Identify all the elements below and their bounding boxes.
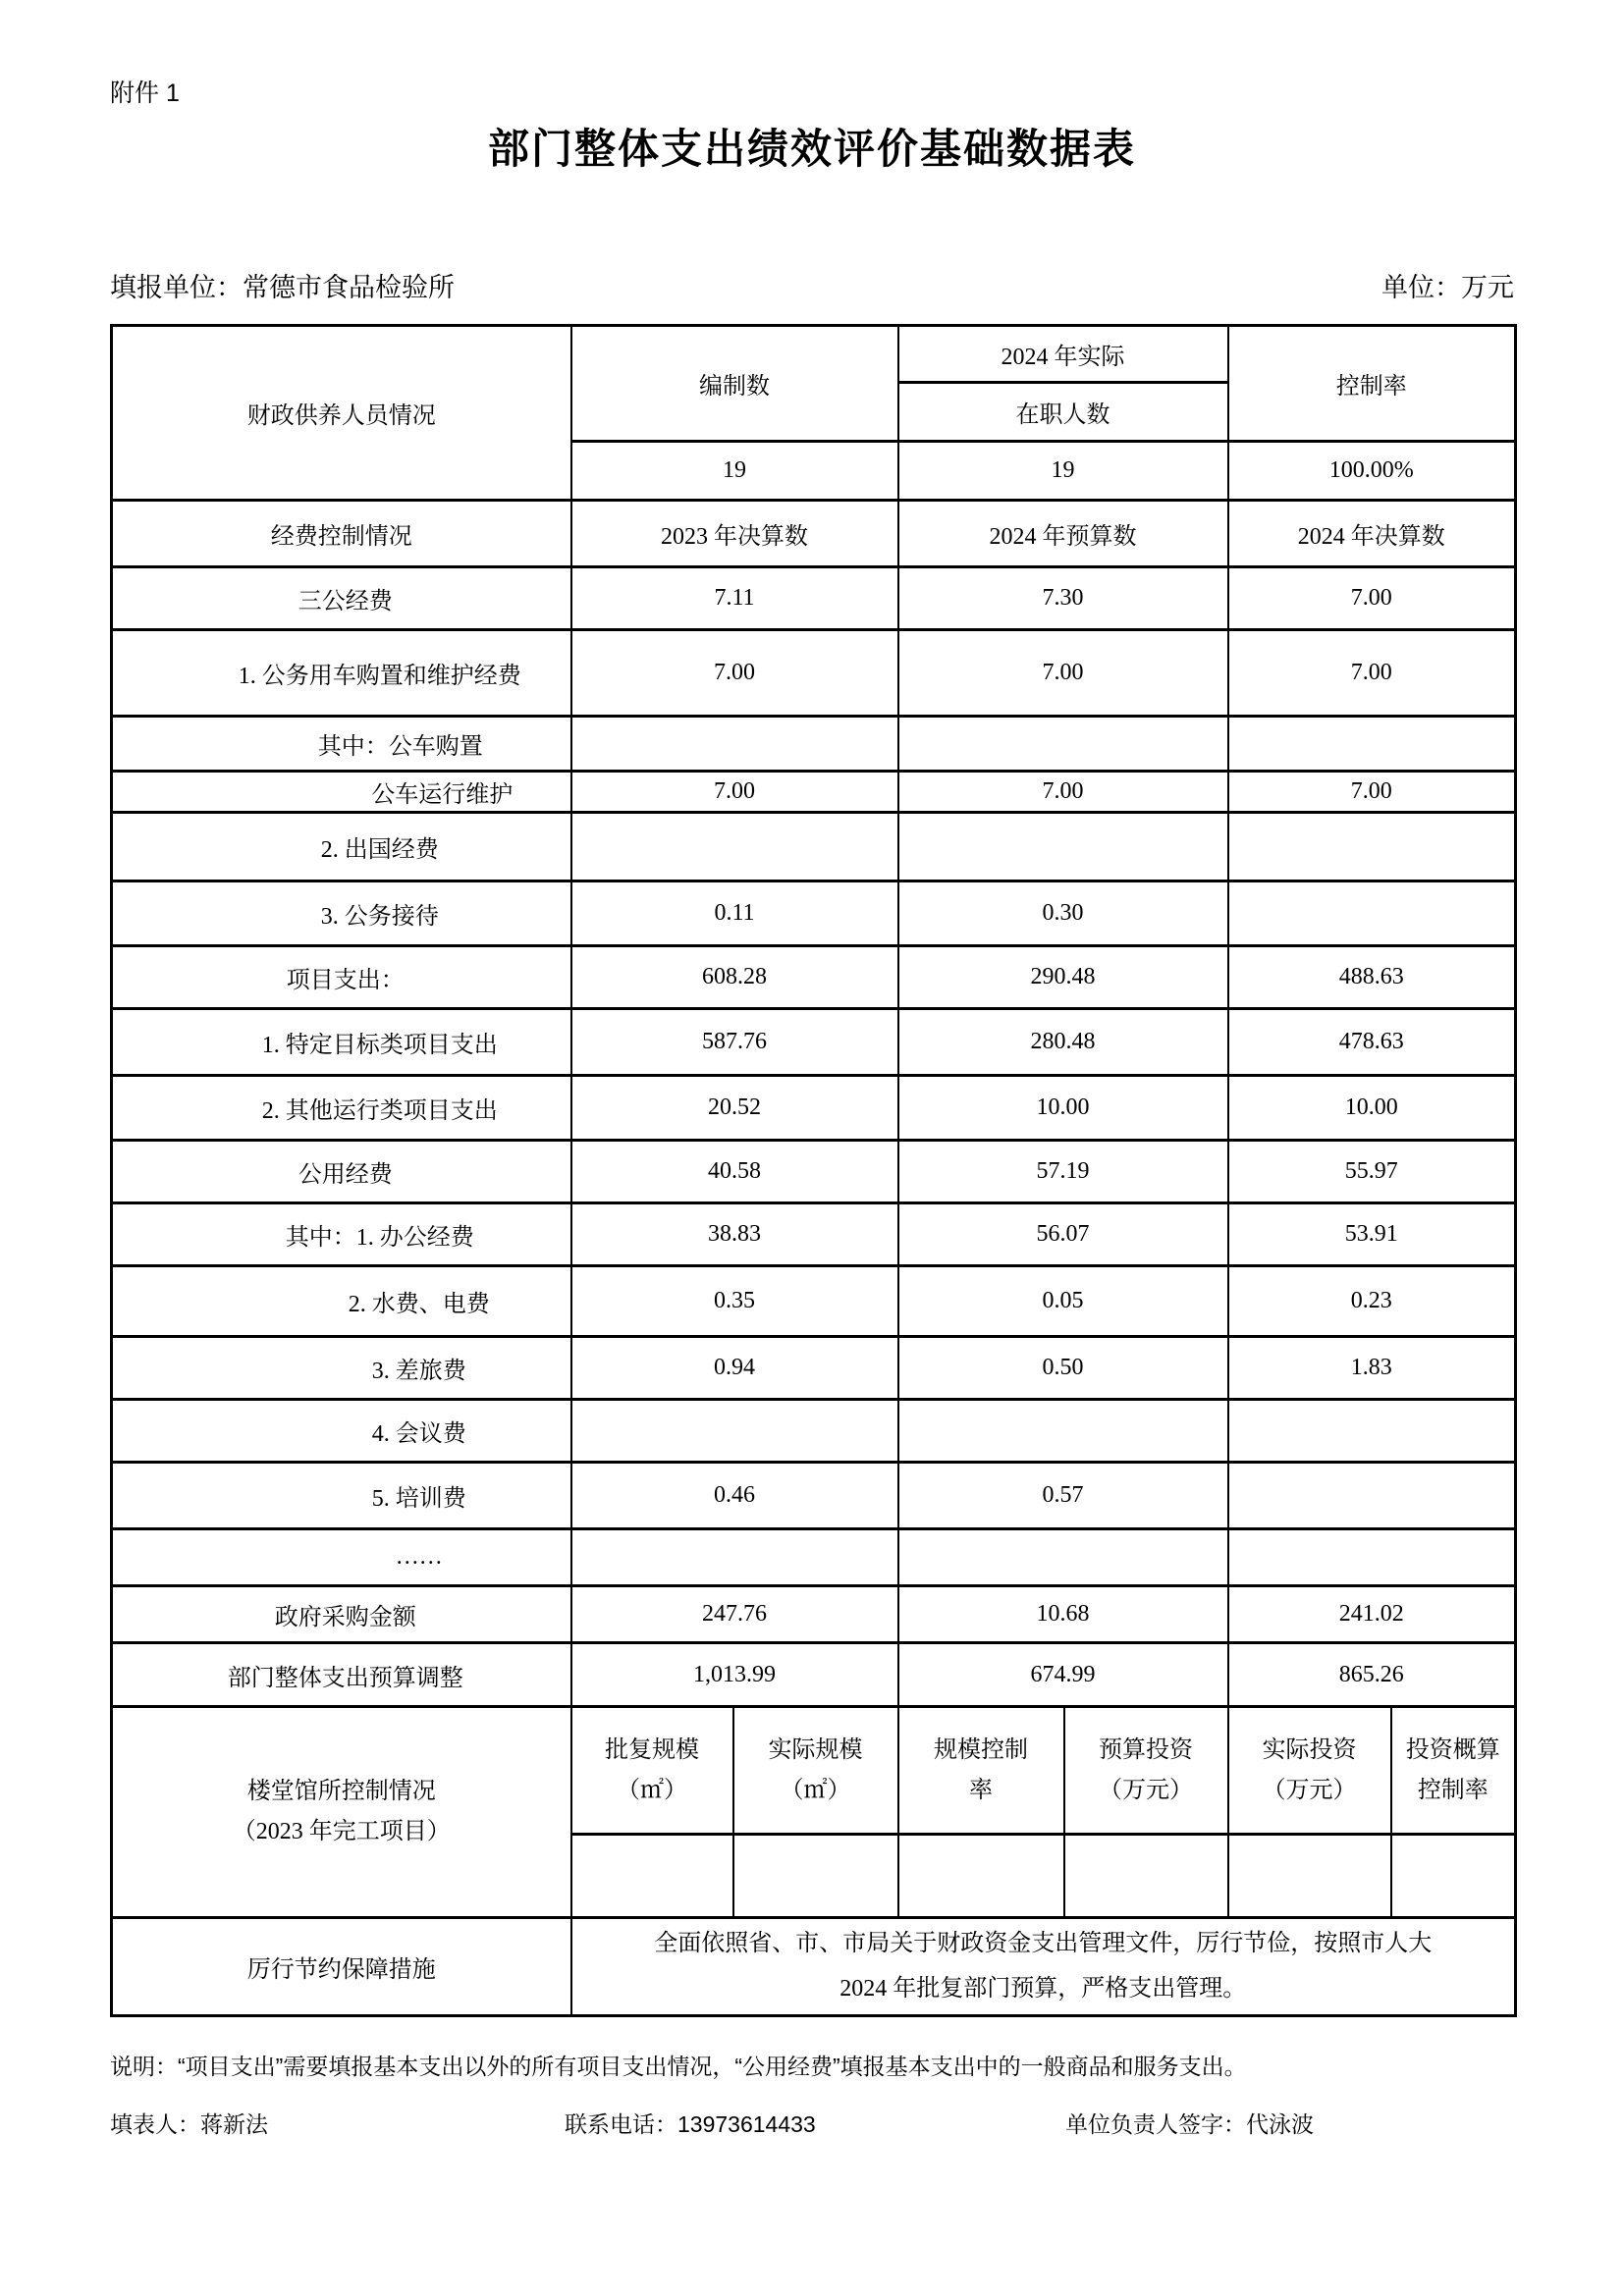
- row-label: 3. 公务接待: [112, 881, 571, 946]
- value-cell: 10.00: [898, 1076, 1228, 1141]
- value-cell: [898, 1400, 1228, 1463]
- value-cell: 7.00: [571, 630, 898, 717]
- value-cell: 0.57: [898, 1463, 1228, 1529]
- currency-unit-label: 单位：万元: [1381, 266, 1514, 304]
- row-label: 1. 特定目标类项目支出: [112, 1009, 571, 1076]
- table-row: 3. 公务接待 0.11 0.30: [112, 881, 1516, 946]
- row-label: 其中：1. 办公经费: [112, 1203, 571, 1266]
- value-cell: [1228, 813, 1516, 881]
- building-header-row: 楼堂馆所控制情况 （2023 年完工项目） 批复规模 （㎡） 实际规模 （㎡） …: [112, 1707, 1516, 1835]
- table-row: 2. 水费、电费 0.35 0.05 0.23: [112, 1266, 1516, 1337]
- row-label: 项目支出：: [112, 946, 571, 1009]
- value-cell: 865.26: [1228, 1643, 1516, 1707]
- value-cell: 10.68: [898, 1586, 1228, 1643]
- value-cell: 0.30: [898, 881, 1228, 946]
- thrift-row: 厉行节约保障措施 全面依照省、市、市局关于财政资金支出管理文件，厉行节俭，按照市…: [112, 1918, 1516, 2016]
- actual-scale-value: [733, 1835, 898, 1918]
- value-cell: 0.05: [898, 1266, 1228, 1337]
- personnel-section-label: 财政供养人员情况: [112, 326, 571, 501]
- investment-estimate-rate-value: [1391, 1835, 1516, 1918]
- value-cell: 0.94: [571, 1337, 898, 1400]
- value-cell: 7.00: [1228, 567, 1516, 630]
- actual-2024-header: 2024 年实际: [898, 326, 1228, 383]
- performance-data-table: 财政供养人员情况 编制数 2024 年实际 控制率 在职人数 19 19 100…: [110, 324, 1517, 2017]
- row-label: 三公经费: [112, 567, 571, 630]
- actual-investment-value: [1228, 1835, 1391, 1918]
- value-cell: 0.11: [571, 881, 898, 946]
- value-cell: 290.48: [898, 946, 1228, 1009]
- value-cell: 7.00: [898, 772, 1228, 813]
- value-cell: [1228, 1529, 1516, 1586]
- row-label: 2. 出国经费: [112, 813, 571, 881]
- row-label: 4. 会议费: [112, 1400, 571, 1463]
- value-cell: 7.00: [571, 772, 898, 813]
- authorized-staff-header: 编制数: [571, 326, 898, 442]
- attachment-label: 附件 1: [110, 74, 1514, 109]
- table-row: 2. 出国经费: [112, 813, 1516, 881]
- row-label: ……: [112, 1529, 571, 1586]
- explanation-note: 说明：“项目支出”需要填报基本支出以外的所有项目支出情况，“公用经费”填报基本支…: [110, 2049, 1514, 2081]
- table-row: 政府采购金额 247.76 10.68 241.02: [112, 1586, 1516, 1643]
- table-row: 3. 差旅费 0.94 0.50 1.83: [112, 1337, 1516, 1400]
- value-cell: 57.19: [898, 1141, 1228, 1203]
- value-cell: 38.83: [571, 1203, 898, 1266]
- control-rate-header: 控制率: [1228, 326, 1516, 442]
- row-label: 政府采购金额: [112, 1586, 571, 1643]
- value-cell: 53.91: [1228, 1203, 1516, 1266]
- thrift-section-label: 厉行节约保障措施: [112, 1918, 571, 2016]
- value-cell: 40.58: [571, 1141, 898, 1203]
- control-rate-value: 100.00%: [1228, 442, 1516, 501]
- budget2024-header: 2024 年预算数: [898, 501, 1228, 567]
- signature-row: 填表人：蒋新法 联系电话：13973614433 单位负责人签字：代泳波: [110, 2107, 1514, 2146]
- reporting-unit-label: 填报单位：常德市食品检验所: [110, 266, 455, 304]
- value-cell: 7.00: [1228, 772, 1516, 813]
- table-row: ……: [112, 1529, 1516, 1586]
- value-cell: 7.30: [898, 567, 1228, 630]
- table-row: 1. 公务用车购置和维护经费 7.00 7.00 7.00: [112, 630, 1516, 717]
- value-cell: 241.02: [1228, 1586, 1516, 1643]
- value-cell: 247.76: [571, 1586, 898, 1643]
- actual-scale-header: 实际规模 （㎡）: [733, 1707, 898, 1835]
- row-label: 5. 培训费: [112, 1463, 571, 1529]
- value-cell: [571, 717, 898, 772]
- row-label: 公车运行维护: [112, 772, 571, 813]
- table-row: 5. 培训费 0.46 0.57: [112, 1463, 1516, 1529]
- value-cell: 488.63: [1228, 946, 1516, 1009]
- value-cell: 7.00: [898, 630, 1228, 717]
- value-cell: 20.52: [571, 1076, 898, 1141]
- value-cell: [571, 813, 898, 881]
- value-cell: 55.97: [1228, 1141, 1516, 1203]
- value-cell: 608.28: [571, 946, 898, 1009]
- unit-row: 填报单位：常德市食品检验所 单位：万元: [110, 266, 1514, 304]
- value-cell: [571, 1400, 898, 1463]
- funds-control-label: 经费控制情况: [112, 501, 571, 567]
- value-cell: [1228, 881, 1516, 946]
- budget-investment-header: 预算投资 （万元）: [1064, 1707, 1228, 1835]
- final2023-header: 2023 年决算数: [571, 501, 898, 567]
- row-label: 2. 其他运行类项目支出: [112, 1076, 571, 1141]
- page-title: 部门整体支出绩效评价基础数据表: [110, 117, 1514, 176]
- value-cell: 0.46: [571, 1463, 898, 1529]
- value-cell: 7.11: [571, 567, 898, 630]
- table-row: 其中：公车购置: [112, 717, 1516, 772]
- final2024-header: 2024 年决算数: [1228, 501, 1516, 567]
- value-cell: 0.50: [898, 1337, 1228, 1400]
- scale-control-rate-header: 规模控制 率: [898, 1707, 1064, 1835]
- row-label: 其中：公车购置: [112, 717, 571, 772]
- table-row: 公车运行维护 7.00 7.00 7.00: [112, 772, 1516, 813]
- value-cell: 0.35: [571, 1266, 898, 1337]
- value-cell: [898, 717, 1228, 772]
- value-cell: 280.48: [898, 1009, 1228, 1076]
- approved-scale-value: [571, 1835, 733, 1918]
- table-row: 项目支出： 608.28 290.48 488.63: [112, 946, 1516, 1009]
- value-cell: 674.99: [898, 1643, 1228, 1707]
- row-label: 1. 公务用车购置和维护经费: [112, 630, 571, 717]
- value-cell: 0.23: [1228, 1266, 1516, 1337]
- onduty-staff-value: 19: [898, 442, 1228, 501]
- value-cell: 7.00: [1228, 630, 1516, 717]
- table-row: 2. 其他运行类项目支出 20.52 10.00 10.00: [112, 1076, 1516, 1141]
- document-page: 附件 1 部门整体支出绩效评价基础数据表 填报单位：常德市食品检验所 单位：万元…: [0, 0, 1624, 2296]
- table-row: 公用经费 40.58 57.19 55.97: [112, 1141, 1516, 1203]
- contact-phone-label: 联系电话：13973614433: [565, 2107, 816, 2139]
- investment-estimate-rate-header: 投资概算 控制率: [1391, 1707, 1516, 1835]
- budget-investment-value: [1064, 1835, 1228, 1918]
- value-cell: [898, 1529, 1228, 1586]
- value-cell: 1.83: [1228, 1337, 1516, 1400]
- value-cell: [1228, 717, 1516, 772]
- onduty-staff-header: 在职人数: [898, 383, 1228, 442]
- actual-investment-header: 实际投资 （万元）: [1228, 1707, 1391, 1835]
- value-cell: 10.00: [1228, 1076, 1516, 1141]
- preparer-label: 填表人：蒋新法: [110, 2107, 268, 2139]
- row-label: 部门整体支出预算调整: [112, 1643, 571, 1707]
- row-label: 公用经费: [112, 1141, 571, 1203]
- table-row: 1. 特定目标类项目支出 587.76 280.48 478.63: [112, 1009, 1516, 1076]
- value-cell: 56.07: [898, 1203, 1228, 1266]
- thrift-measures-text: 全面依照省、市、市局关于财政资金支出管理文件，厉行节俭，按照市人大 2024 年…: [571, 1918, 1516, 2016]
- value-cell: 478.63: [1228, 1009, 1516, 1076]
- value-cell: [1228, 1400, 1516, 1463]
- table-row: 部门整体支出预算调整 1,013.99 674.99 865.26: [112, 1643, 1516, 1707]
- row-label: 2. 水费、电费: [112, 1266, 571, 1337]
- table-row: 4. 会议费: [112, 1400, 1516, 1463]
- value-cell: [571, 1529, 898, 1586]
- responsible-signer-label: 单位负责人签字：代泳波: [1065, 2107, 1314, 2139]
- row-label: 3. 差旅费: [112, 1337, 571, 1400]
- value-cell: 587.76: [571, 1009, 898, 1076]
- table-row: 其中：1. 办公经费 38.83 56.07 53.91: [112, 1203, 1516, 1266]
- value-cell: 1,013.99: [571, 1643, 898, 1707]
- value-cell: [898, 813, 1228, 881]
- authorized-staff-value: 19: [571, 442, 898, 501]
- approved-scale-header: 批复规模 （㎡）: [571, 1707, 733, 1835]
- scale-control-rate-value: [898, 1835, 1064, 1918]
- table-row: 三公经费 7.11 7.30 7.00: [112, 567, 1516, 630]
- building-section-label: 楼堂馆所控制情况 （2023 年完工项目）: [112, 1707, 571, 1918]
- value-cell: [1228, 1463, 1516, 1529]
